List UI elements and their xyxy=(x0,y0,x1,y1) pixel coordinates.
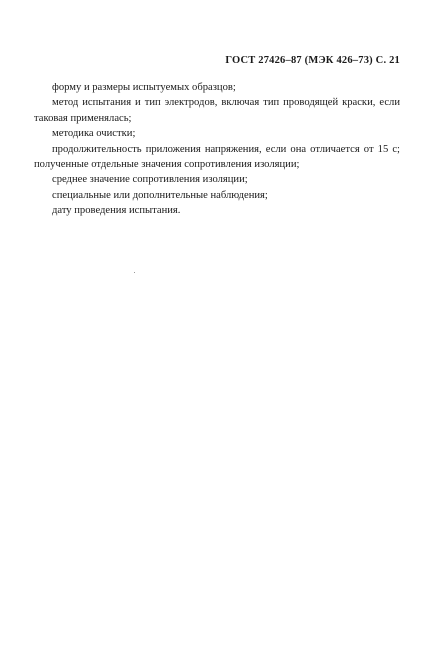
list-item-observations: специальные или дополнительные наблюдени… xyxy=(34,188,400,203)
list-item-cleaning: методика очистки; xyxy=(34,126,400,141)
list-item-test-date: дату проведения испытания. xyxy=(34,203,400,218)
list-item-test-method: метод испытания и тип электродов, включа… xyxy=(34,95,400,126)
document-body: форму и размеры испытуемых образцов; мет… xyxy=(34,80,400,219)
list-item-sample-shape: форму и размеры испытуемых образцов; xyxy=(34,80,400,95)
list-item-duration: продолжительность приложения напряжения,… xyxy=(34,142,400,173)
list-item-mean-resistance: среднее значение сопротивления изоляции; xyxy=(34,172,400,187)
running-header: ГОСТ 27426–87 (МЭК 426–73) С. 21 xyxy=(225,55,400,66)
scan-speck xyxy=(134,272,135,273)
